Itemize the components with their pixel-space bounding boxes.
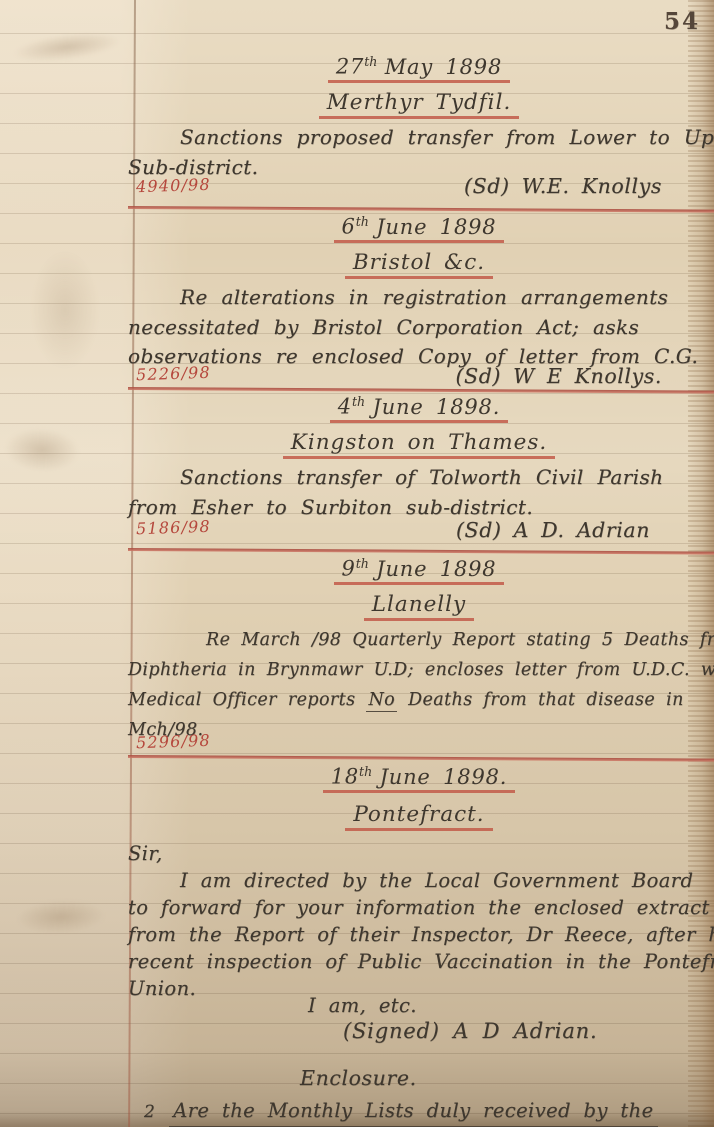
register-page: 54 27thMay 1898 Merthyr Tydfil. Sanction… — [0, 0, 714, 1127]
ledger-entry: 9thJune 1898 Llanelly Re March /98 Quart… — [128, 554, 710, 757]
date-month-year: June 1898. — [380, 765, 508, 789]
date-day: 4 — [338, 395, 352, 419]
entry-place: Llanelly — [364, 592, 474, 621]
ledger-entry: 27thMay 1898 Merthyr Tydfil. Sanctions p… — [128, 48, 710, 212]
date-month-year: June 1898 — [376, 215, 496, 239]
entry-body-line: I am directed by the Local Government Bo… — [128, 867, 710, 894]
date-month-year: June 1898. — [372, 395, 500, 419]
entry-place: Kingston on Thames. — [283, 430, 555, 459]
entry-body-line: necessitated by Bristol Corporation Act;… — [128, 313, 710, 343]
body-text: Deaths from that disease in — [397, 690, 684, 710]
page-number: 54 — [664, 8, 700, 35]
entry-reference-number: 5226/98 — [136, 363, 211, 385]
entry-body-line: from the Report of their Inspector, Dr R… — [128, 921, 710, 948]
underlined-word: No — [366, 690, 397, 712]
date-ordinal-suffix: th — [359, 764, 372, 779]
date-ordinal-suffix: th — [352, 394, 365, 409]
ledger-entry: 18thJune 1898. Pontefract. Sir, I am dir… — [128, 760, 710, 1127]
enclosure-item-text: Are the Monthly Lists duly received by t… — [169, 1097, 657, 1127]
entry-body-line: Re March /98 Quarterly Report stating 5 … — [128, 625, 710, 655]
letter-salutation: Sir, — [128, 840, 710, 867]
bleed-through-smudge — [30, 250, 100, 370]
body-text: Medical Officer reports — [128, 690, 366, 710]
entry-signature: (Signed) A D Adrian. — [343, 1019, 710, 1052]
entry-reference-number: 4940/98 — [136, 175, 211, 197]
entry-date: 27thMay 1898 — [328, 54, 510, 83]
date-ordinal-suffix: th — [364, 54, 377, 69]
enclosure-heading: Enclosure. — [300, 1066, 710, 1097]
bleed-through-smudge — [11, 27, 123, 66]
ledger-entry: 4thJune 1898. Kingston on Thames. Sancti… — [128, 392, 710, 550]
enclosure-item: 2 Are the Monthly Lists duly received by… — [128, 1097, 710, 1127]
date-month-year: May 1898 — [385, 55, 502, 79]
entry-reference-number: 5186/98 — [136, 517, 211, 539]
enclosure-item-number: 2 — [144, 1099, 155, 1126]
date-day: 6 — [342, 215, 356, 239]
entry-body-line: Re alterations in registration arrangeme… — [128, 283, 710, 313]
entry-place: Bristol &c. — [345, 250, 493, 279]
bleed-through-smudge — [15, 898, 107, 937]
date-day: 27 — [336, 55, 364, 79]
date-day: 18 — [331, 765, 359, 789]
letter-closing: I am, etc. — [308, 992, 710, 1019]
date-month-year: June 1898 — [376, 557, 496, 581]
entry-date: 9thJune 1898 — [334, 556, 505, 585]
entry-body-line: Mch/98. — [128, 715, 710, 745]
bleed-through-smudge — [3, 425, 82, 474]
entry-body-line: to forward for your information the encl… — [128, 894, 710, 921]
entry-place: Merthyr Tydfil. — [319, 90, 520, 119]
entry-body-line: Sanctions proposed transfer from Lower t… — [128, 123, 710, 153]
date-ordinal-suffix: th — [356, 556, 369, 571]
entry-body-line: Diphtheria in Brynmawr U.D; encloses let… — [128, 655, 710, 685]
entry-place: Pontefract. — [345, 802, 492, 831]
date-day: 9 — [342, 557, 356, 581]
entry-reference-number: 5296/98 — [136, 731, 211, 753]
date-ordinal-suffix: th — [356, 214, 369, 229]
ledger-entry: 6thJune 1898 Bristol &c. Re alterations … — [128, 212, 710, 389]
entry-date: 4thJune 1898. — [330, 394, 508, 423]
entry-body-line: recent inspection of Public Vaccination … — [128, 948, 710, 975]
entry-date: 18thJune 1898. — [323, 764, 516, 793]
entry-body-line: Medical Officer reports No Deaths from t… — [128, 685, 710, 715]
entry-body-line: Sanctions transfer of Tolworth Civil Par… — [128, 463, 710, 493]
entry-date: 6thJune 1898 — [334, 214, 505, 243]
